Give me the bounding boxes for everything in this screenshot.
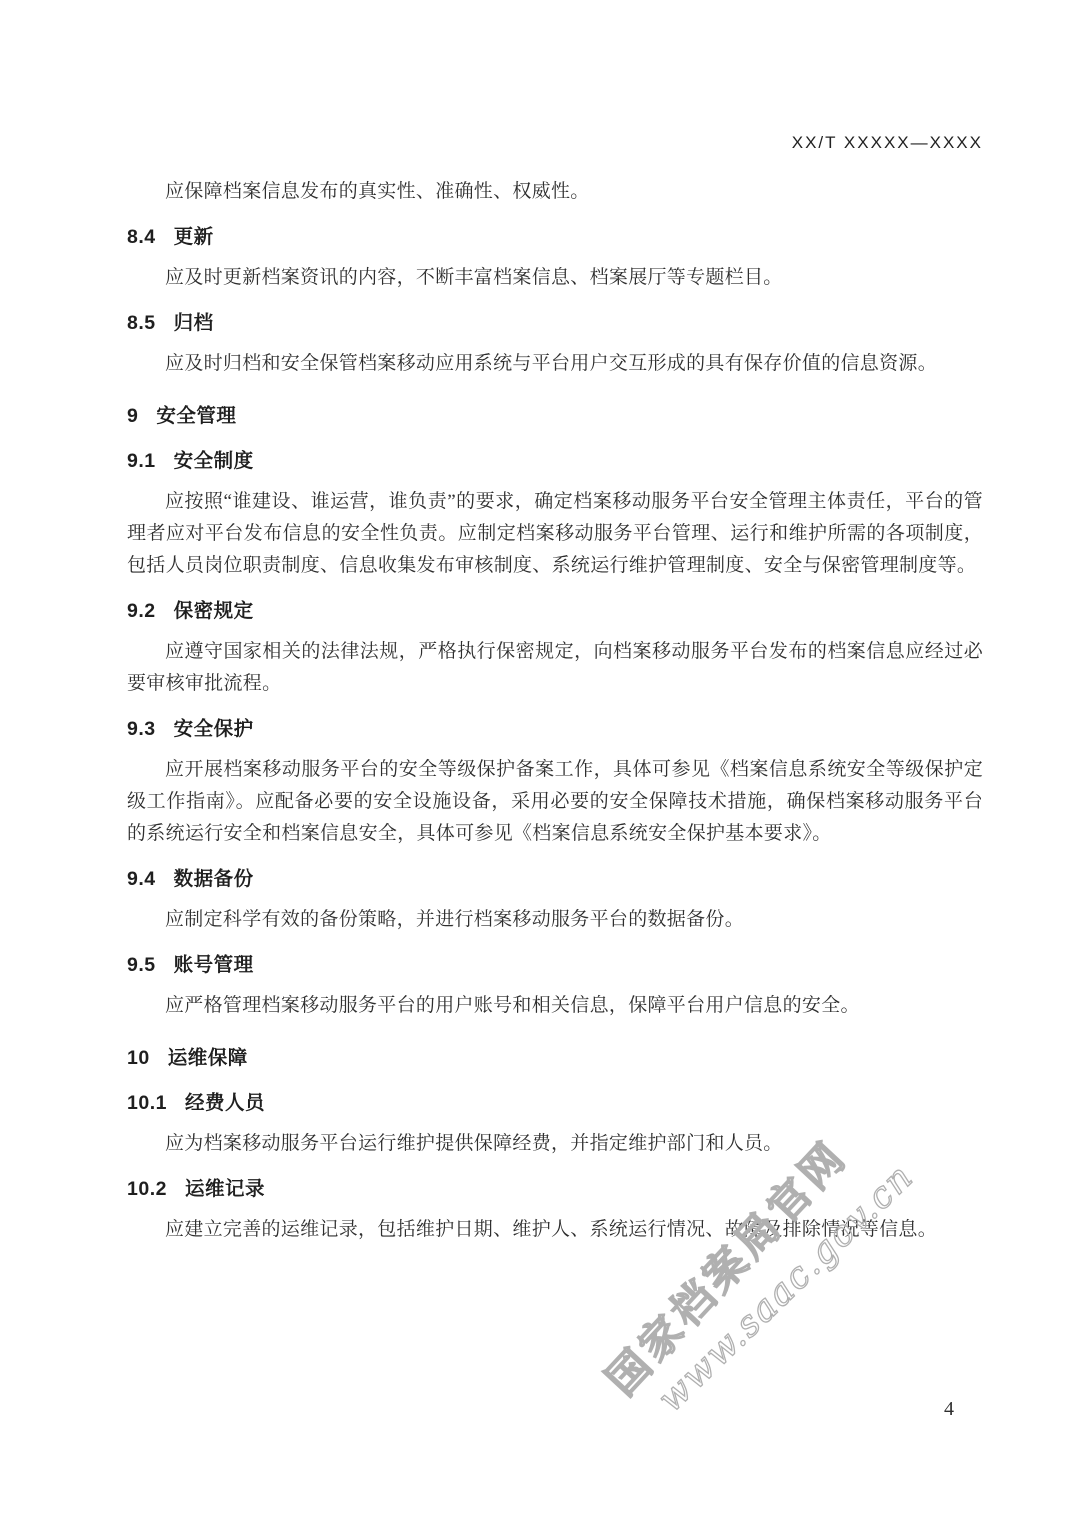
clause-9-3-body: 应开展档案移动服务平台的安全等级保护备案工作，具体可参见《档案信息系统安全等级保… xyxy=(127,754,983,850)
clause-9-5-body: 应严格管理档案移动服务平台的用户账号和相关信息，保障平台用户信息的安全。 xyxy=(127,990,983,1022)
clause-number: 9.1 xyxy=(127,445,156,477)
chapter-title: 运维保障 xyxy=(168,1047,248,1069)
standard-code-header: XX/T XXXXX—XXXX xyxy=(792,133,983,153)
clause-title: 运维记录 xyxy=(185,1178,265,1200)
clause-number: 9.3 xyxy=(127,713,156,745)
clause-9-1-heading: 9.1安全制度 xyxy=(127,445,983,477)
clause-10-2-body: 应建立完善的运维记录，包括维护日期、维护人、系统运行情况、故障及排除情况等信息。 xyxy=(127,1214,983,1246)
clause-9-2-heading: 9.2保密规定 xyxy=(127,595,983,627)
clause-9-4-heading: 9.4数据备份 xyxy=(127,863,983,895)
clause-number: 9.2 xyxy=(127,595,156,627)
clause-title: 保密规定 xyxy=(174,600,254,622)
clause-number: 8.5 xyxy=(127,307,156,339)
clause-10-1-body: 应为档案移动服务平台运行维护提供保障经费，并指定维护部门和人员。 xyxy=(127,1128,983,1160)
chapter-number: 9 xyxy=(127,400,138,432)
chapter-9-heading: 9安全管理 xyxy=(127,400,983,432)
clause-title: 归档 xyxy=(174,312,214,334)
clause-number: 9.4 xyxy=(127,863,156,895)
clause-number: 10.1 xyxy=(127,1087,167,1119)
clause-title: 账号管理 xyxy=(174,954,254,976)
chapter-number: 10 xyxy=(127,1042,150,1074)
clause-9-4-body: 应制定科学有效的备份策略，并进行档案移动服务平台的数据备份。 xyxy=(127,904,983,936)
clause-9-3-heading: 9.3安全保护 xyxy=(127,713,983,745)
page-number: 4 xyxy=(944,1398,954,1421)
clause-9-5-heading: 9.5账号管理 xyxy=(127,949,983,981)
clause-title: 经费人员 xyxy=(185,1092,265,1114)
clause-9-2-body: 应遵守国家相关的法律法规，严格执行保密规定，向档案移动服务平台发布的档案信息应经… xyxy=(127,636,983,700)
clause-number: 8.4 xyxy=(127,221,156,253)
document-page: XX/T XXXXX—XXXX 应保障档案信息发布的真实性、准确性、权威性。 8… xyxy=(0,0,1080,1527)
chapter-10-heading: 10运维保障 xyxy=(127,1042,983,1074)
clause-title: 安全保护 xyxy=(174,718,254,740)
clause-8-4-body: 应及时更新档案资讯的内容，不断丰富档案信息、档案展厅等专题栏目。 xyxy=(127,262,983,294)
clause-8-4-heading: 8.4更新 xyxy=(127,221,983,253)
clause-8-5-heading: 8.5归档 xyxy=(127,307,983,339)
clause-title: 数据备份 xyxy=(174,868,254,890)
clause-8-5-body: 应及时归档和安全保管档案移动应用系统与平台用户交互形成的具有保存价值的信息资源。 xyxy=(127,348,983,380)
chapter-title: 安全管理 xyxy=(156,405,236,427)
clause-10-1-heading: 10.1经费人员 xyxy=(127,1087,983,1119)
clause-number: 9.5 xyxy=(127,949,156,981)
clause-10-2-heading: 10.2运维记录 xyxy=(127,1173,983,1205)
clause-9-1-body: 应按照“谁建设、谁运营，谁负责”的要求，确定档案移动服务平台安全管理主体责任，平… xyxy=(127,486,983,582)
intro-paragraph: 应保障档案信息发布的真实性、准确性、权威性。 xyxy=(127,176,983,208)
clause-number: 10.2 xyxy=(127,1173,167,1205)
clause-title: 安全制度 xyxy=(174,450,254,472)
clause-title: 更新 xyxy=(174,226,214,248)
document-body: 应保障档案信息发布的真实性、准确性、权威性。 8.4更新 应及时更新档案资讯的内… xyxy=(127,176,983,1246)
